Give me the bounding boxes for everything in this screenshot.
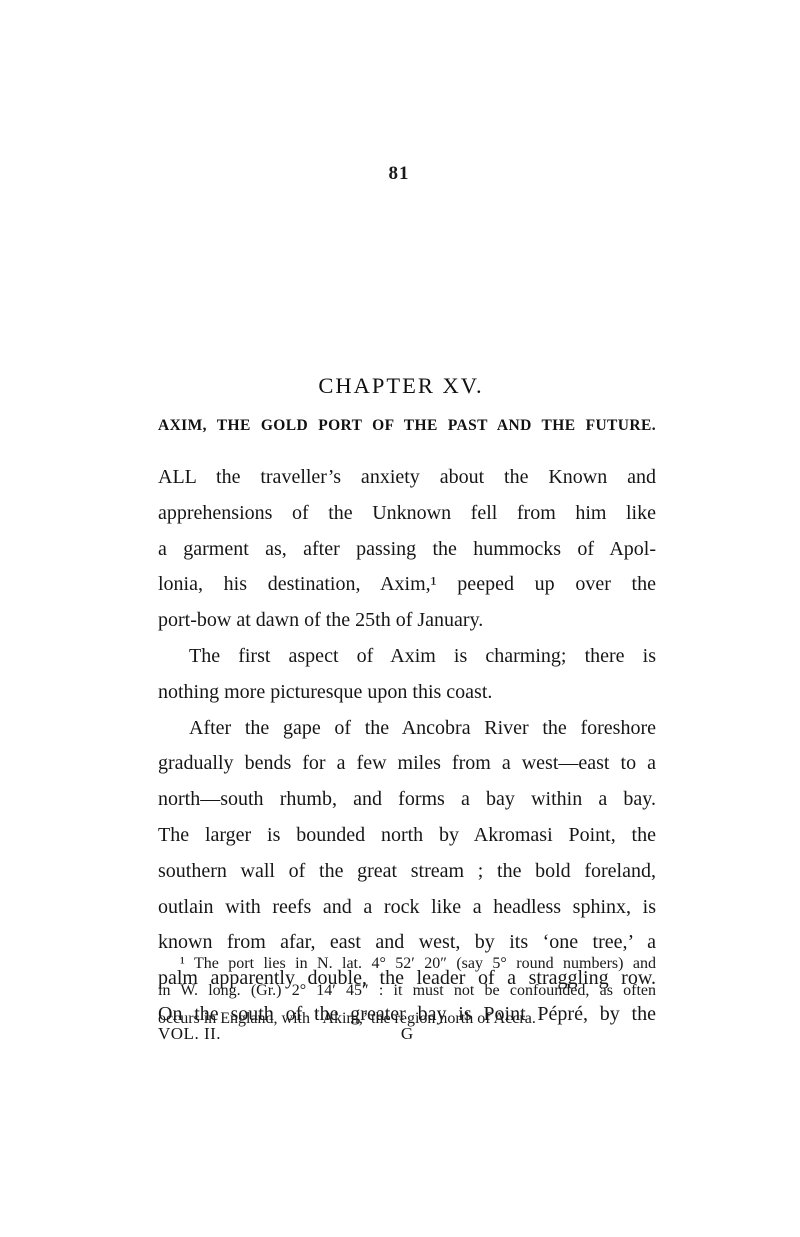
signature-mark: G xyxy=(158,1024,656,1044)
chapter-subtitle: AXIM, THE GOLD PORT OF THE PAST AND THE … xyxy=(158,417,656,435)
page-number: 81 xyxy=(150,163,648,185)
book-page: 81 CHAPTER XV. AXIM, THE GOLD PORT OF TH… xyxy=(0,0,800,1237)
body-text: ALL the traveller’s anxiety about the Kn… xyxy=(158,460,656,1033)
text-line: apprehensions of the Unknown fell from h… xyxy=(158,496,656,532)
text-line: in W. long. (Gr.) 2° 14′ 45″ : it must n… xyxy=(158,977,656,1004)
text-line: north—south rhumb, and forms a bay withi… xyxy=(158,782,656,818)
text-line: outlain with reefs and a rock like a hea… xyxy=(158,890,656,926)
text-line: nothing more picturesque upon this coast… xyxy=(158,675,656,711)
text-line: After the gape of the Ancobra River the … xyxy=(158,711,656,747)
text-line: a garment as, after passing the hummocks… xyxy=(158,532,656,568)
text-line: The first aspect of Axim is charming; th… xyxy=(158,639,656,675)
text-line: The larger is bounded north by Akromasi … xyxy=(158,818,656,854)
chapter-heading: CHAPTER XV. xyxy=(152,373,650,399)
paragraph: ALL the traveller’s anxiety about the Kn… xyxy=(158,460,656,639)
footer-line: VOL. II. G xyxy=(158,1024,656,1048)
text-line: lonia, his destination, Axim,¹ peeped up… xyxy=(158,567,656,603)
text-line: port-bow at dawn of the 25th of January. xyxy=(158,603,656,639)
paragraph: The first aspect of Axim is charming; th… xyxy=(158,639,656,711)
text-line: gradually bends for a few miles from a w… xyxy=(158,746,656,782)
text-line: southern wall of the great stream ; the … xyxy=(158,854,656,890)
text-line: ALL the traveller’s anxiety about the Kn… xyxy=(158,460,656,496)
footnote: ¹ The port lies in N. lat. 4° 52′ 20″ (s… xyxy=(158,950,656,1032)
text-line: ¹ The port lies in N. lat. 4° 52′ 20″ (s… xyxy=(158,950,656,977)
